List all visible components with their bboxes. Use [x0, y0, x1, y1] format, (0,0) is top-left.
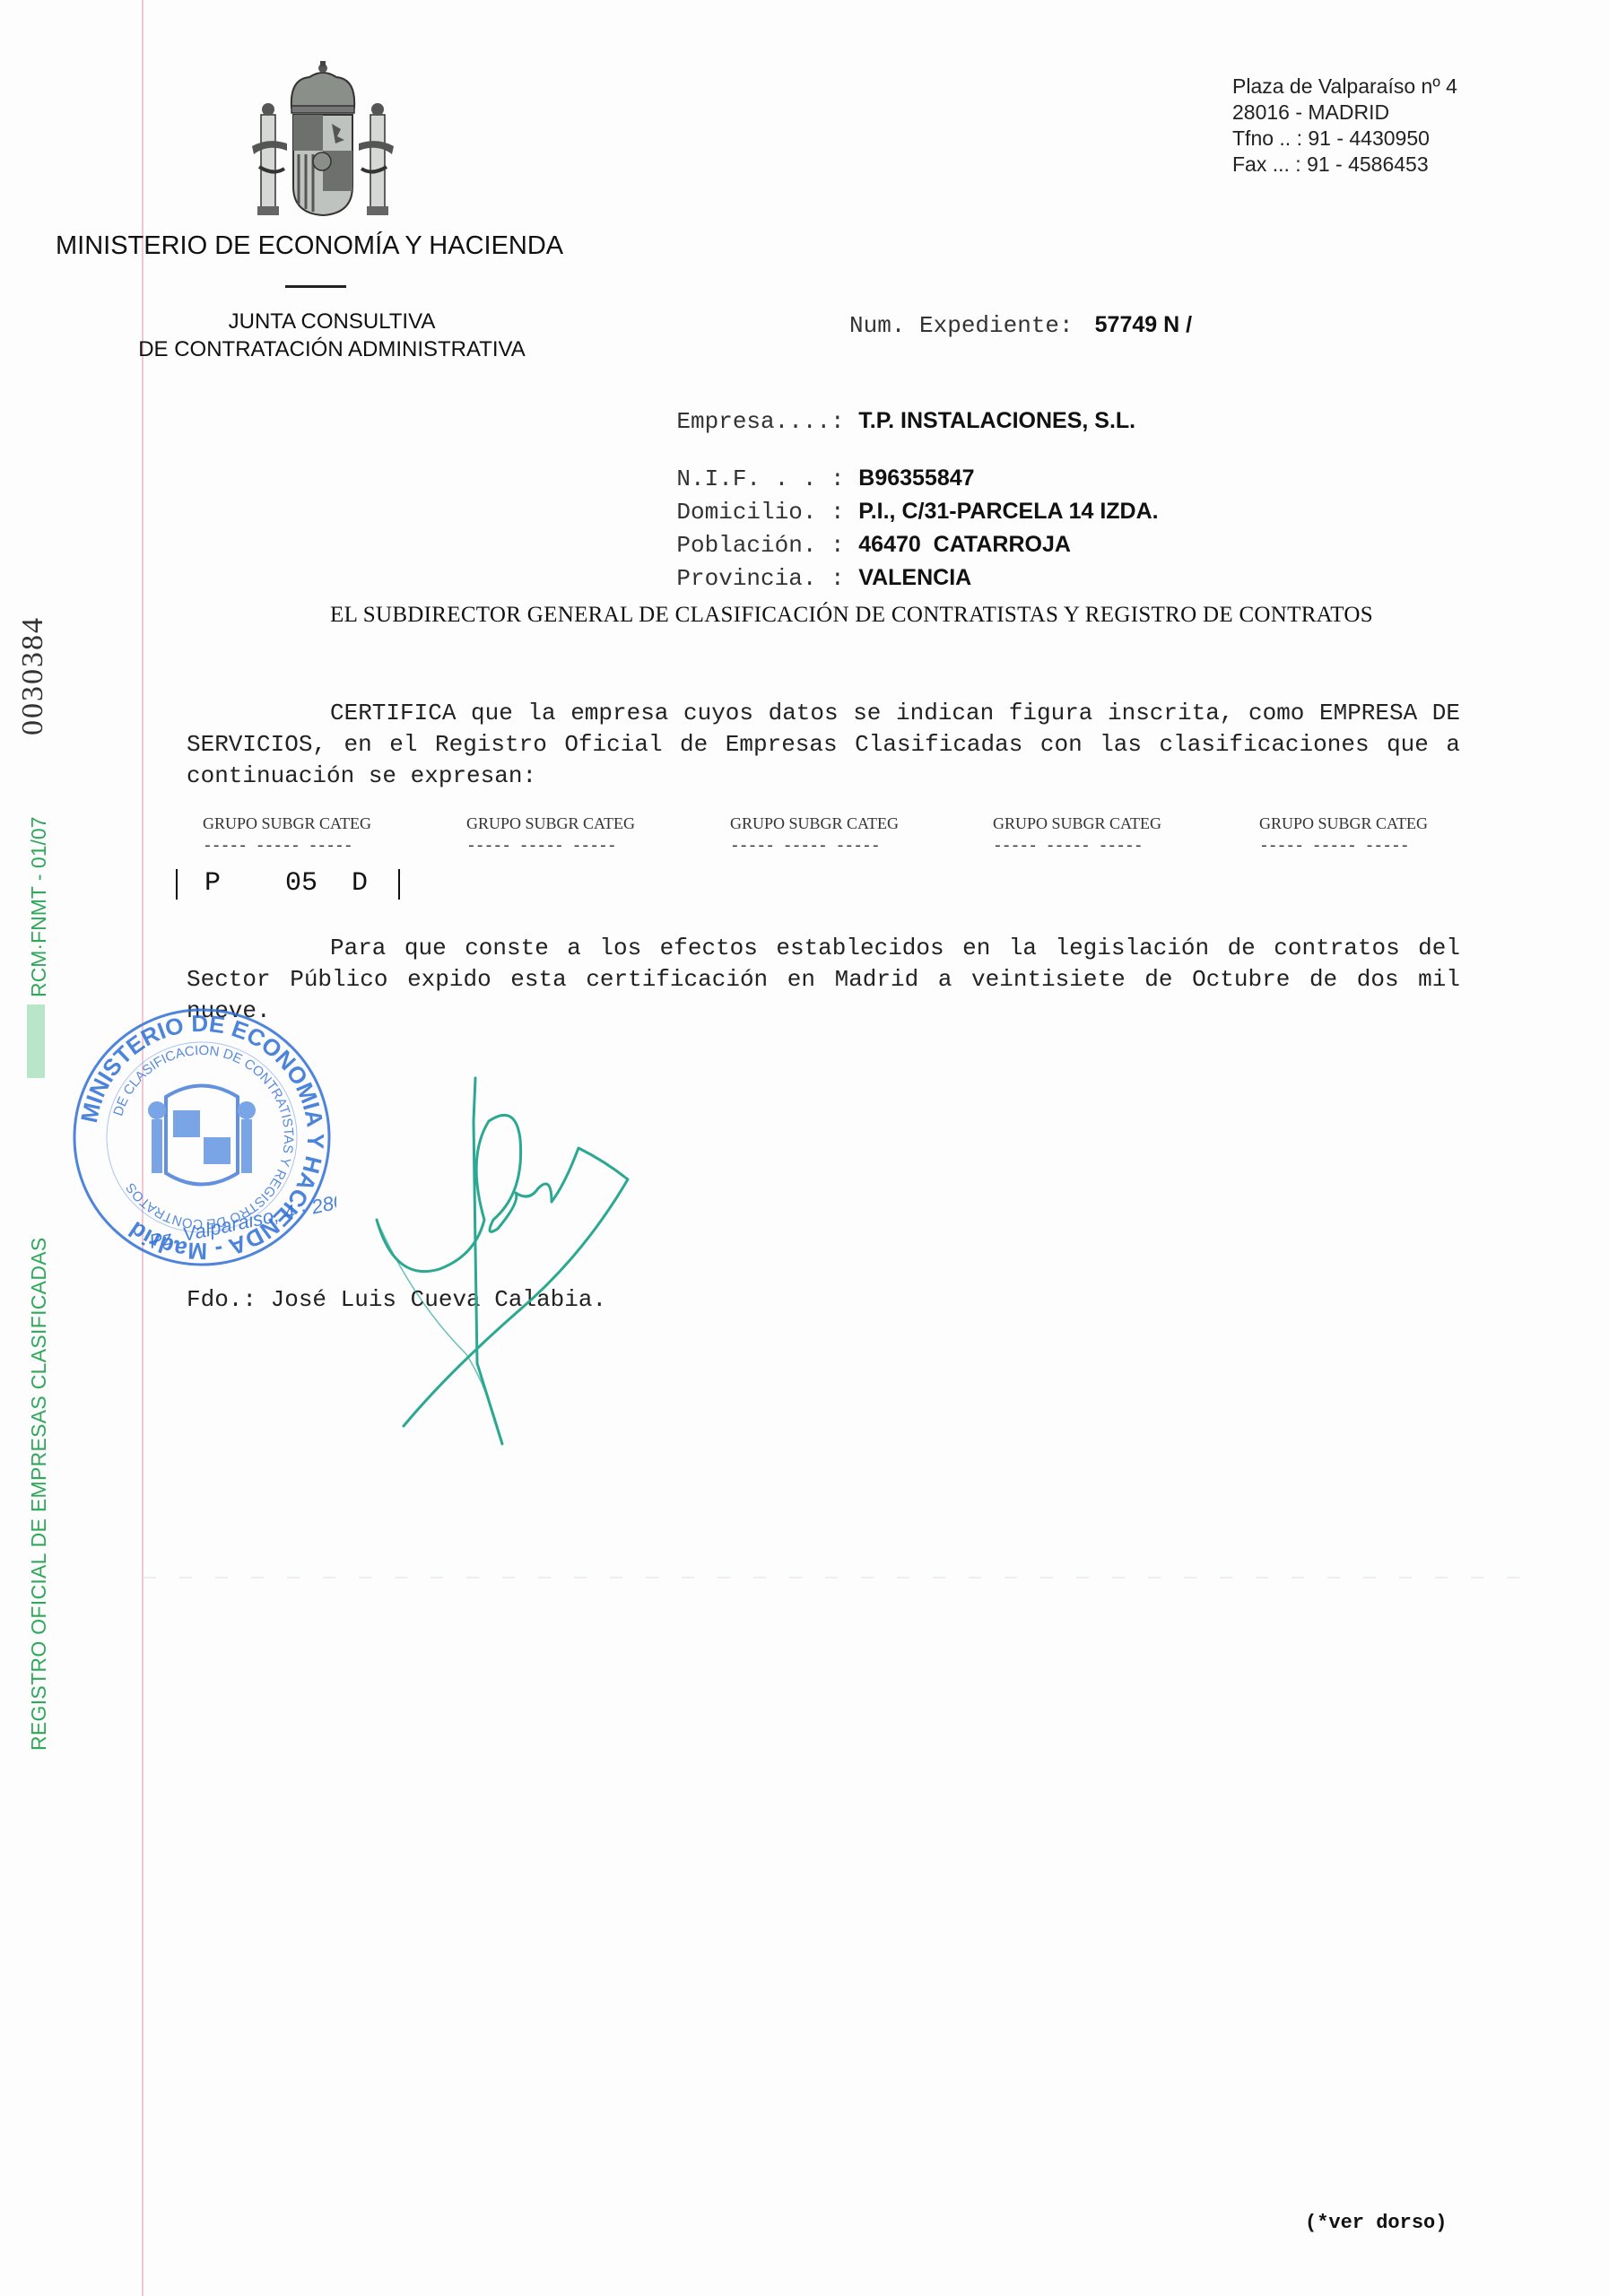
certificate-heading: EL SUBDIRECTOR GENERAL DE CLASIFICACIÓN …: [330, 599, 1460, 631]
green-security-bar: [27, 1004, 45, 1078]
faint-perforation-line: [144, 1577, 1543, 1578]
classification-header: GRUPO SUBGR CATEG: [203, 814, 371, 833]
rcm-fnmt-mark: RCM·FNMT - 01/07: [27, 817, 51, 998]
expediente-number: Num. Expediente:57749 N /: [849, 312, 1192, 339]
classification-divider: ----- ----- -----: [1259, 838, 1409, 856]
address-phone: Tfno .. : 91 - 4430950: [1232, 126, 1457, 152]
ministry-title: MINISTERIO DE ECONOMÍA Y HACIENDA: [56, 231, 563, 261]
classification-header: GRUPO SUBGR CATEG: [466, 814, 635, 833]
junta-line-1: JUNTA CONSULTIVA: [126, 308, 538, 335]
coat-of-arms-icon: [247, 61, 399, 222]
registro-margin-text: REGISTRO OFICIAL DE EMPRESAS CLASIFICADA…: [27, 1237, 51, 1751]
address-block: Plaza de Valparaíso nº 4 28016 - MADRID …: [1232, 74, 1457, 178]
entry-categoria: D: [352, 868, 368, 899]
official-stamp-icon: MINISTERIO DE ECONOMIA Y HACIENDA - Madr…: [67, 1003, 336, 1272]
address-street: Plaza de Valparaíso nº 4: [1232, 74, 1457, 100]
certifica-text: CERTIFICA que la empresa cuyos datos se …: [187, 700, 1460, 789]
entry-bar-right: [398, 869, 400, 900]
classification-divider: ----- ----- -----: [730, 838, 880, 856]
expediente-label: Num. Expediente:: [849, 312, 1074, 339]
classification-divider: ----- ----- -----: [203, 838, 352, 856]
classification-divider: ----- ----- -----: [993, 838, 1143, 856]
header-divider: [285, 285, 346, 288]
entry-subgrupo: 05: [285, 868, 317, 899]
expediente-value: 57749 N /: [1095, 312, 1192, 337]
junta-line-2: DE CONTRATACIÓN ADMINISTRATIVA: [126, 335, 538, 363]
closing-text: Para que conste a los efectos establecid…: [187, 935, 1460, 1024]
field-value: T.P. INSTALACIONES, S.L.: [858, 408, 1135, 433]
serial-number: 0030384: [16, 616, 50, 735]
entry-grupo: P: [204, 868, 221, 899]
field-label: Empresa....:: [676, 408, 858, 435]
classification-header: GRUPO SUBGR CATEG: [1259, 814, 1428, 833]
handwritten-signature-icon: [359, 1067, 646, 1471]
closing-paragraph: Para que conste a los efectos establecid…: [187, 933, 1460, 1027]
address-city: 28016 - MADRID: [1232, 100, 1457, 126]
address-fax: Fax ... : 91 - 4586453: [1232, 152, 1457, 178]
junta-title: JUNTA CONSULTIVA DE CONTRATACIÓN ADMINIS…: [126, 308, 538, 363]
classification-header: GRUPO SUBGR CATEG: [993, 814, 1161, 833]
svg-text:DE CLASIFICACION DE CONTRATIST: DE CLASIFICACION DE CONTRATISTAS Y REGIS…: [110, 1043, 296, 1231]
certifica-paragraph: CERTIFICA que la empresa cuyos datos se …: [187, 698, 1460, 792]
entry-bar-left: [176, 869, 178, 900]
certificate-page: MINISTERIO DE ECONOMÍA Y HACIENDA JUNTA …: [0, 0, 1609, 2296]
see-reverse-note: (*ver dorso): [1305, 2212, 1447, 2234]
field-value: VALENCIA: [858, 565, 971, 590]
field-label: Provincia. :: [676, 565, 858, 592]
classification-divider: ----- ----- -----: [466, 838, 616, 856]
classification-header: GRUPO SUBGR CATEG: [730, 814, 899, 833]
